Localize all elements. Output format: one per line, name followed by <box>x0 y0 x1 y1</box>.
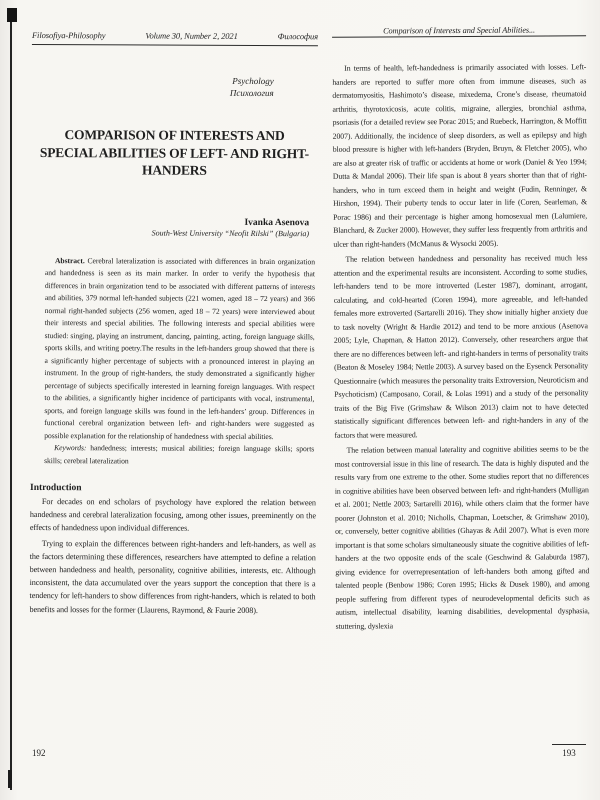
right-page: Comparison of Interests and Special Abil… <box>332 25 590 633</box>
journal-volume: Volume 30, Number 2, 2021 <box>145 30 237 40</box>
keywords: Keywords: handedness; interests; musical… <box>44 442 314 468</box>
abstract-label: Abstract. <box>55 256 85 265</box>
body-paragraph: In terms of health, left-handedness is p… <box>332 60 587 251</box>
author-block: Ivanka Asenova South-West University “Ne… <box>31 216 317 237</box>
body-paragraph: The relation between handedness and pers… <box>333 251 588 442</box>
abstract: Abstract. Cerebral lateralization is ass… <box>44 255 315 444</box>
right-page-body: In terms of health, left-handedness is p… <box>332 60 589 633</box>
scan-spine-line <box>10 12 12 790</box>
scan-corner-mark <box>7 8 17 22</box>
page-number-right: 193 <box>552 744 586 758</box>
journal-header: Filosofiya-Philosophy Volume 30, Number … <box>32 30 318 46</box>
scan-bottom-mark <box>8 770 12 788</box>
intro-paragraph: Trying to explain the differences betwee… <box>29 537 315 617</box>
author-name: Ivanka Asenova <box>31 216 309 227</box>
abstract-text: Cerebral lateralization is associated wi… <box>44 256 315 441</box>
section-label: Psychology Психология <box>32 75 318 99</box>
page-number-rule <box>552 744 586 745</box>
author-affiliation: South-West University “Neofit Rilski” (B… <box>31 227 309 237</box>
page-number-left: 192 <box>32 748 46 758</box>
introduction-heading: Introduction <box>30 483 316 494</box>
page-number-right-value: 193 <box>562 748 576 758</box>
journal-name-bg: Философия <box>278 31 318 41</box>
keywords-label: Keywords: <box>54 443 86 452</box>
section-label-bg: Психология <box>32 86 274 99</box>
body-paragraph: The relation between manual laterality a… <box>335 442 590 633</box>
left-page: Filosofiya-Philosophy Volume 30, Number … <box>29 30 318 617</box>
running-header: Comparison of Interests and Special Abil… <box>332 25 586 38</box>
intro-paragraph: For decades on end scholars of psycholog… <box>30 495 316 536</box>
paper-title: COMPARISON OF INTERESTS AND SPECIAL ABIL… <box>31 126 317 180</box>
journal-name: Filosofiya-Philosophy <box>32 30 105 40</box>
